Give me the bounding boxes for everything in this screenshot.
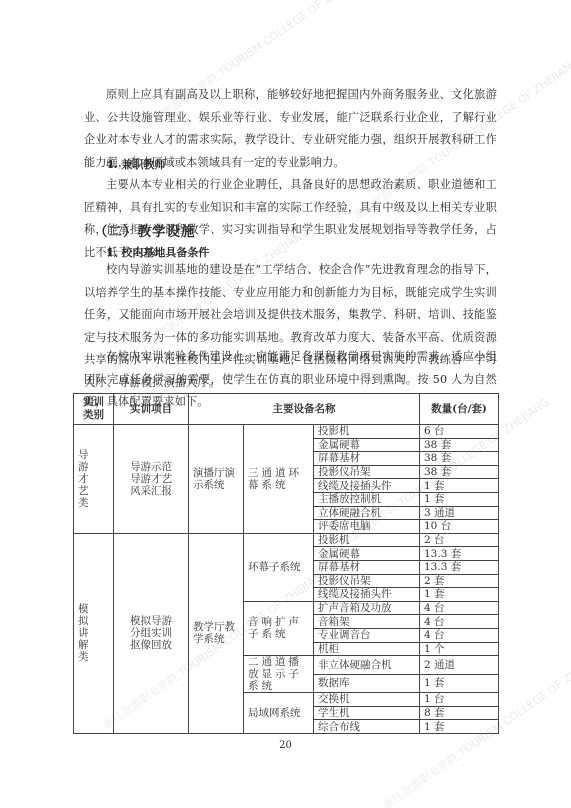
cell-subsystem: 环幕子系统 (244, 533, 314, 601)
cell-quantity: 4 台 (420, 615, 499, 629)
cell-equipment-name: 非立体硬融合机 (314, 656, 420, 675)
cell-quantity: 4 台 (420, 628, 499, 642)
cell-equipment-name: 扩声音箱及功放 (314, 601, 420, 615)
cell-equipment-name: 投影仪吊架 (314, 574, 420, 588)
heading-teaching-facilities: （二）教学设施 (94, 220, 196, 240)
cell-equipment-name: 屏幕基材 (314, 560, 420, 574)
cell-quantity: 38 套 (420, 438, 499, 452)
cell-project: 模拟导游 分组实训 抠像回放 (114, 533, 189, 733)
cell-quantity: 13.3 套 (420, 547, 499, 561)
cell-quantity: 1 个 (420, 642, 499, 656)
cell-subsystem: 局域网系统 (244, 693, 314, 734)
cell-equipment-name: 立体硬融合机 (314, 506, 420, 520)
heading-part-time-teachers: 4. 兼职教师 (106, 156, 165, 172)
heading-on-campus-base: 1. 校内基地具备条件 (106, 244, 209, 260)
cell-subsystem: 三通道环幕系统 (244, 425, 314, 534)
cell-equipment-name: 线缆及接插头件 (314, 588, 420, 602)
cell-equipment-name: 数据库 (314, 674, 420, 693)
cell-quantity: 10 台 (420, 520, 499, 534)
cell-quantity: 1 台 (420, 693, 499, 707)
cell-quantity: 3 通道 (420, 506, 499, 520)
cell-quantity: 38 套 (420, 452, 499, 466)
cell-equipment-name: 专业调音台 (314, 628, 420, 642)
header-quantity: 数量(台/套) (420, 394, 499, 425)
cell-quantity: 38 套 (420, 465, 499, 479)
cell-equipment-name: 学生机 (314, 706, 420, 720)
table-header-row: 实训类别 实训项目 主要设备名称 数量(台/套) (74, 394, 499, 425)
cell-quantity: 1 套 (420, 479, 499, 493)
cell-equipment-name: 综合布线 (314, 720, 420, 734)
cell-quantity: 1 套 (420, 720, 499, 734)
cell-equipment-name: 屏幕基材 (314, 452, 420, 466)
cell-quantity: 6 台 (420, 425, 499, 439)
cell-subsystem: 音响扩声子系统 (244, 601, 314, 655)
cell-equipment-name: 交换机 (314, 693, 420, 707)
header-category: 实训类别 (74, 394, 114, 425)
cell-quantity: 2 台 (420, 533, 499, 547)
cell-quantity: 4 台 (420, 601, 499, 615)
cell-category: 模拟讲解类 (74, 533, 114, 733)
equipment-table: 实训类别 实训项目 主要设备名称 数量(台/套) 导游才艺类导游示范 导游才艺 … (73, 393, 499, 734)
cell-equipment-name: 机柜 (314, 642, 420, 656)
cell-system: 教学厅教学系统 (189, 533, 244, 733)
cell-project: 导游示范 导游才艺 风采汇报 (114, 425, 189, 534)
cell-quantity: 2 通道 (420, 656, 499, 675)
cell-equipment-name: 评委席电脑 (314, 520, 420, 534)
cell-equipment-name: 音箱架 (314, 615, 420, 629)
header-equipment: 主要设备名称 (189, 394, 420, 425)
header-project: 实训项目 (114, 394, 189, 425)
cell-equipment-name: 金属硬幕 (314, 547, 420, 561)
cell-equipment-name: 投影机 (314, 533, 420, 547)
cell-equipment-name: 投影机 (314, 425, 420, 439)
cell-category: 导游才艺类 (74, 425, 114, 534)
cell-quantity: 1 套 (420, 492, 499, 506)
cell-quantity: 2 套 (420, 574, 499, 588)
cell-quantity: 13.3 套 (420, 560, 499, 574)
cell-system: 演播厅演示系统 (189, 425, 244, 534)
page-number: 20 (0, 740, 571, 751)
cell-quantity: 1 套 (420, 674, 499, 693)
cell-equipment-name: 金属硬幕 (314, 438, 420, 452)
cell-equipment-name: 主播放控制机 (314, 492, 420, 506)
cell-equipment-name: 投影仪吊架 (314, 465, 420, 479)
table-row: 模拟讲解类模拟导游 分组实训 抠像回放教学厅教学系统环幕子系统投影机2 台 (74, 533, 499, 547)
cell-subsystem: 二通道播放显示子系统 (244, 656, 314, 693)
cell-equipment-name: 线缆及接插头件 (314, 479, 420, 493)
table-body: 导游才艺类导游示范 导游才艺 风采汇报演播厅演示系统三通道环幕系统投影机6 台金… (74, 425, 499, 734)
table-row: 导游才艺类导游示范 导游才艺 风采汇报演播厅演示系统三通道环幕系统投影机6 台 (74, 425, 499, 439)
cell-quantity: 8 套 (420, 706, 499, 720)
cell-quantity: 1 套 (420, 588, 499, 602)
